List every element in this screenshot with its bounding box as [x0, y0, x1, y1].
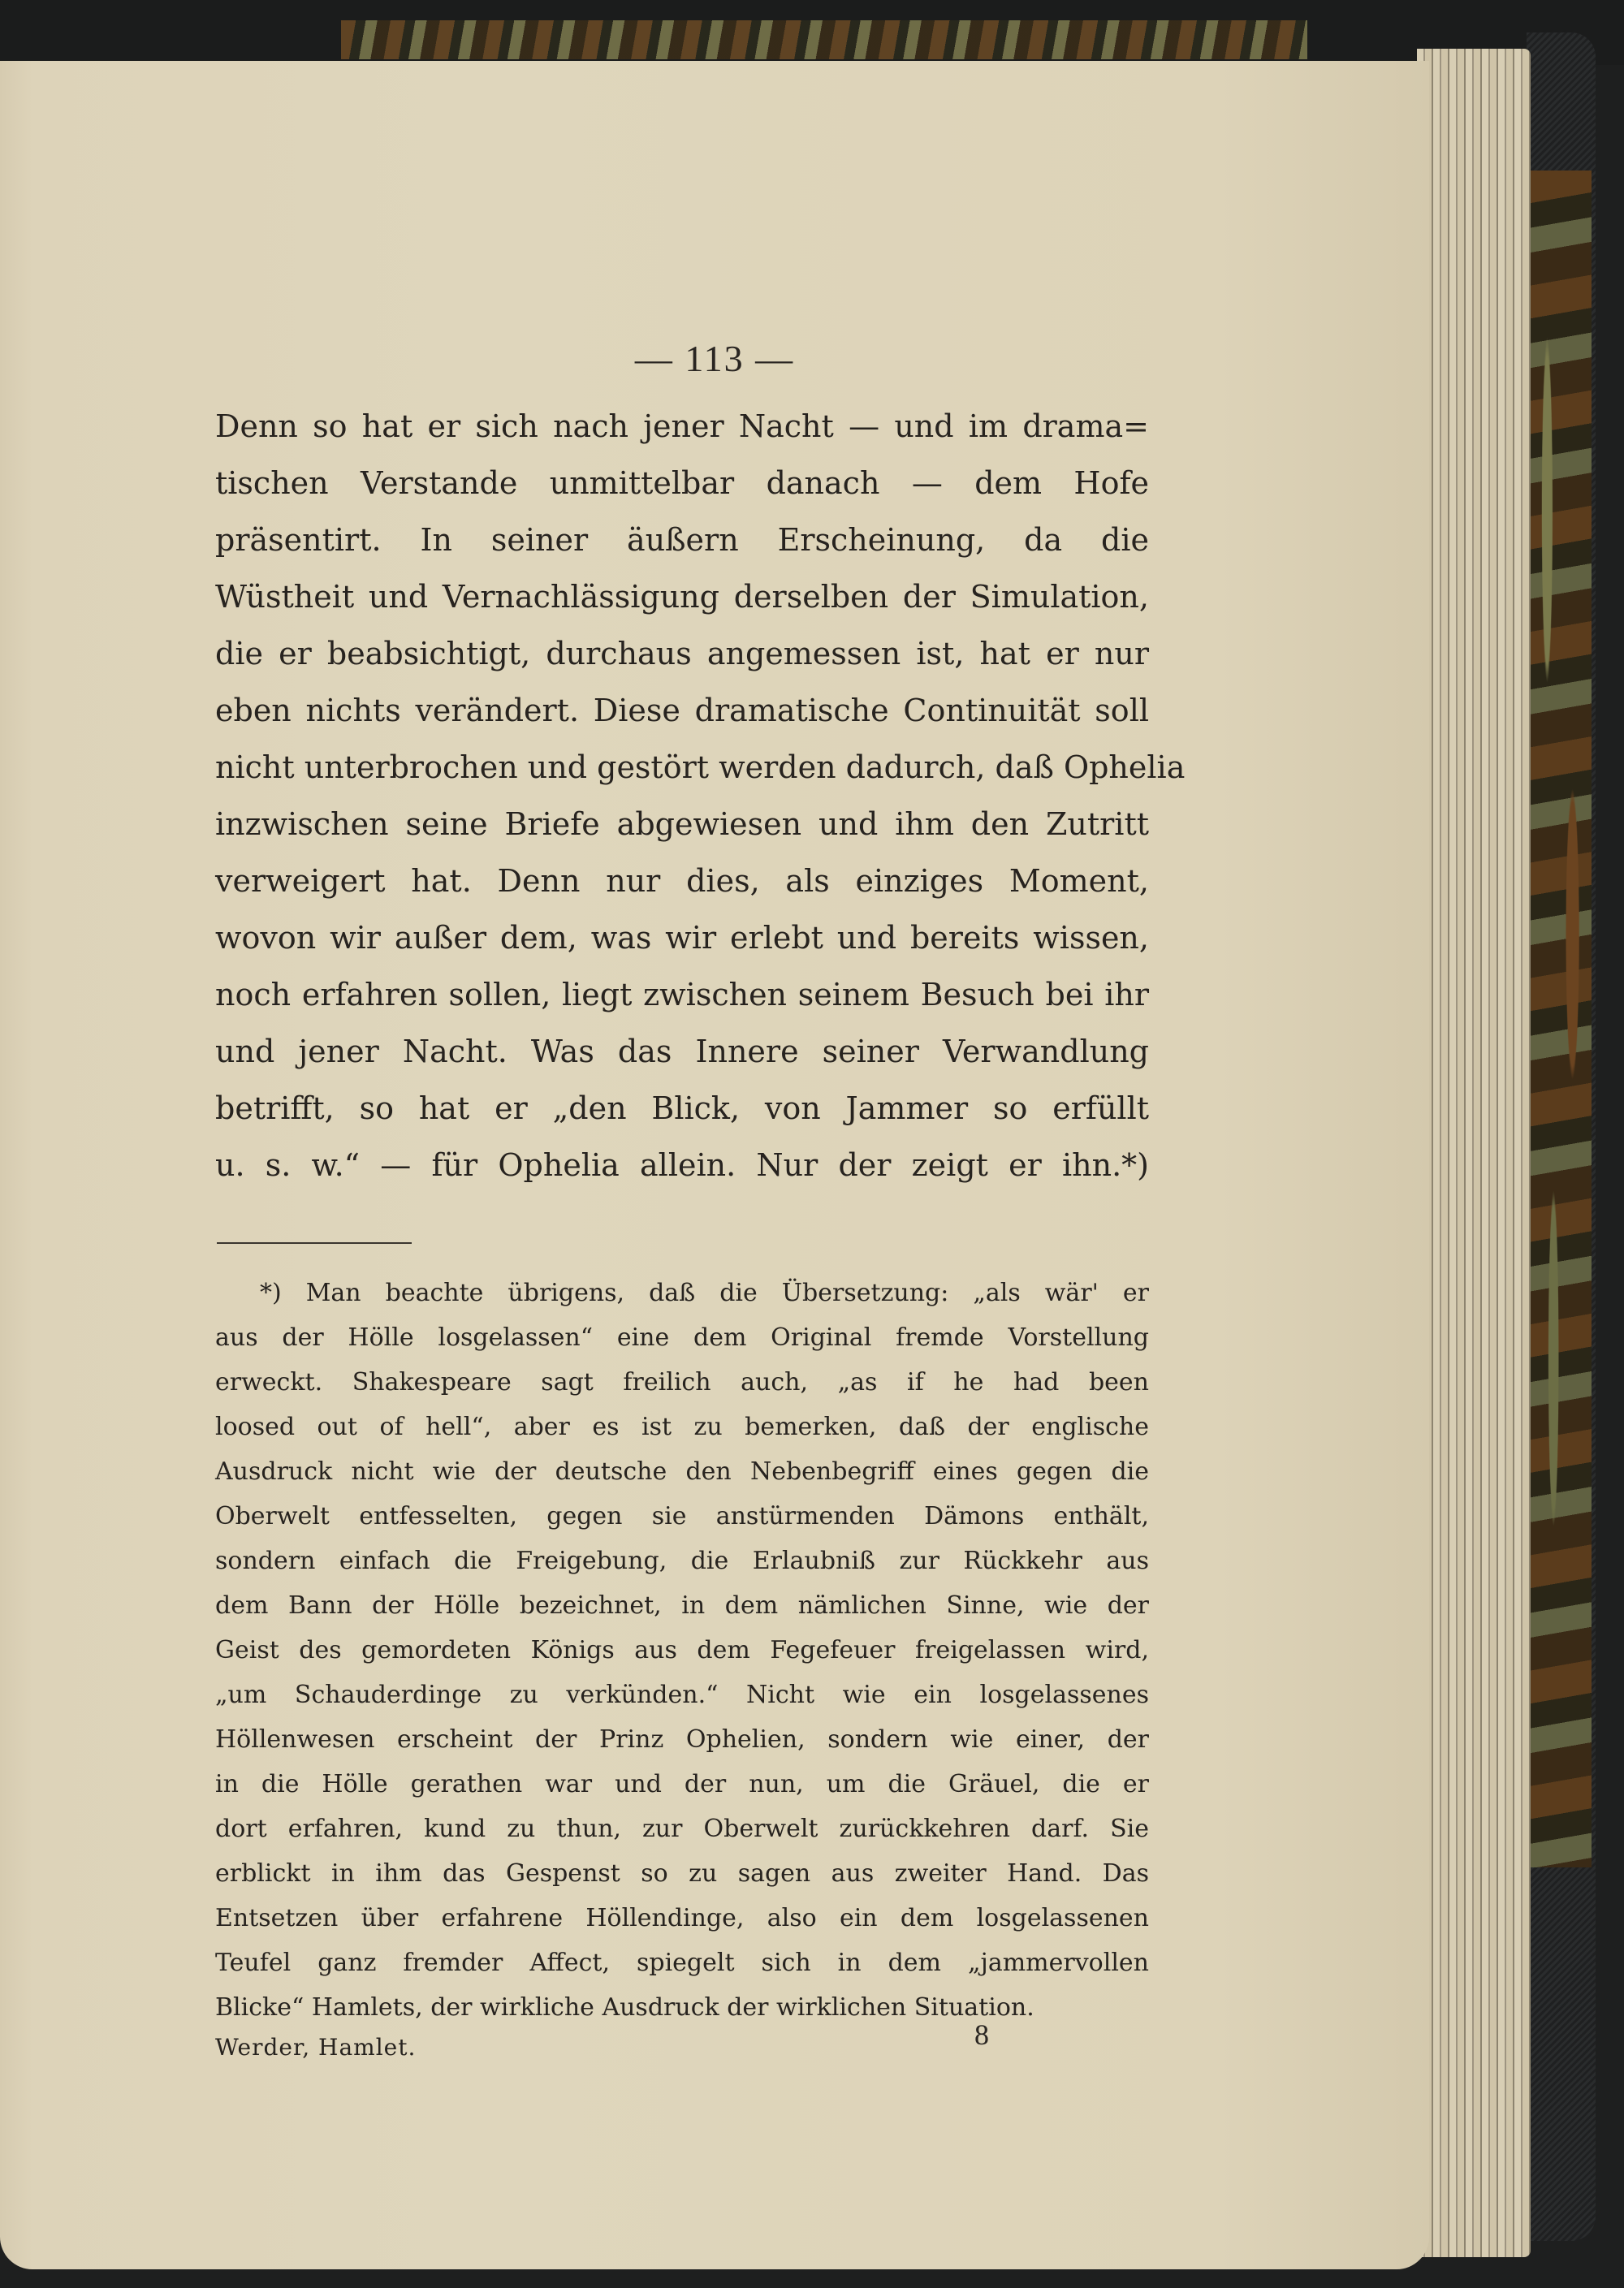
body-line: Denn so hat er sich nach jener Nacht — u… — [215, 398, 1149, 455]
body-line: und jener Nacht. Was das Innere seiner V… — [215, 1023, 1149, 1080]
footnote-line: dort erfahren, kund zu thun, zur Oberwel… — [215, 1807, 1149, 1851]
footnote-line: Geist des gemordeten Königs aus dem Fege… — [215, 1628, 1149, 1673]
body-line: tischen Verstande unmittelbar danach — d… — [215, 455, 1149, 512]
body-line: Wüstheit und Vernachlässigung derselben … — [215, 568, 1149, 625]
footnote-line: Blicke“ Hamlets, der wirkliche Ausdruck … — [215, 1985, 1149, 2030]
body-text: Denn so hat er sich nach jener Nacht — u… — [215, 398, 1149, 1194]
footnote-line: erweckt. Shakespeare sagt freilich auch,… — [215, 1360, 1149, 1405]
body-line: inzwischen seine Briefe abgewiesen und i… — [215, 796, 1149, 853]
signature-mark: Werder, Hamlet. — [215, 2034, 416, 2061]
footnote-line: Höllenwesen erscheint der Prinz Ophelien… — [215, 1717, 1149, 1762]
signature-number: 8 — [974, 2018, 989, 2052]
footnote-line: aus der Hölle losgelassen“ eine dem Orig… — [215, 1315, 1149, 1360]
footnote-line: dem Bann der Hölle bezeichnet, in dem nä… — [215, 1583, 1149, 1628]
footnote-line: Ausdruck nicht wie der deutsche den Nebe… — [215, 1449, 1149, 1494]
page-number: — 113 — — [0, 337, 1429, 380]
footnote-line: „um Schauderdinge zu verkünden.“ Nicht w… — [215, 1673, 1149, 1717]
body-line: verweigert hat. Denn nur dies, als einzi… — [215, 853, 1149, 909]
body-line: noch erfahren sollen, liegt zwischen sei… — [215, 966, 1149, 1023]
footnote-line: erblickt in ihm das Gespenst so zu sagen… — [215, 1851, 1149, 1896]
body-line: betrifft, so hat er „den Blick, von Jamm… — [215, 1080, 1149, 1137]
page-stack-edges — [1417, 49, 1531, 2257]
footnote-line: Oberwelt entfesselten, gegen sie anstürm… — [215, 1494, 1149, 1539]
footnote-line: loosed out of hell“, aber es ist zu beme… — [215, 1405, 1149, 1449]
footnote-line: sondern einfach die Freigebung, die Erla… — [215, 1539, 1149, 1583]
body-line: nicht unterbrochen und gestört werden da… — [215, 739, 1149, 796]
body-line: u. s. w.“ — für Ophelia allein. Nur der … — [215, 1137, 1149, 1194]
footnote-line: Entsetzen über erfahrene Höllendinge, al… — [215, 1896, 1149, 1940]
body-line: eben nichts verändert. Diese dramatische… — [215, 682, 1149, 739]
body-line: präsentirt. In seiner äußern Erscheinung… — [215, 512, 1149, 568]
footnote-line: in die Hölle gerathen war und der nun, u… — [215, 1762, 1149, 1807]
footnote-divider — [217, 1242, 412, 1244]
marbled-edge-top — [341, 20, 1307, 59]
footnote: *) Man beachte übrigens, daß die Überset… — [215, 1271, 1149, 2030]
footnote-line: Teufel ganz fremder Affect, spiegelt sic… — [215, 1940, 1149, 1985]
body-line: die er beabsichtigt, durchaus angemessen… — [215, 625, 1149, 682]
marbled-edge-right — [1528, 171, 1592, 1867]
body-line: wovon wir außer dem, was wir erlebt und … — [215, 909, 1149, 966]
book-page: — 113 — Denn so hat er sich nach jener N… — [0, 61, 1429, 2269]
footnote-line: *) Man beachte übrigens, daß die Überset… — [215, 1271, 1149, 1315]
